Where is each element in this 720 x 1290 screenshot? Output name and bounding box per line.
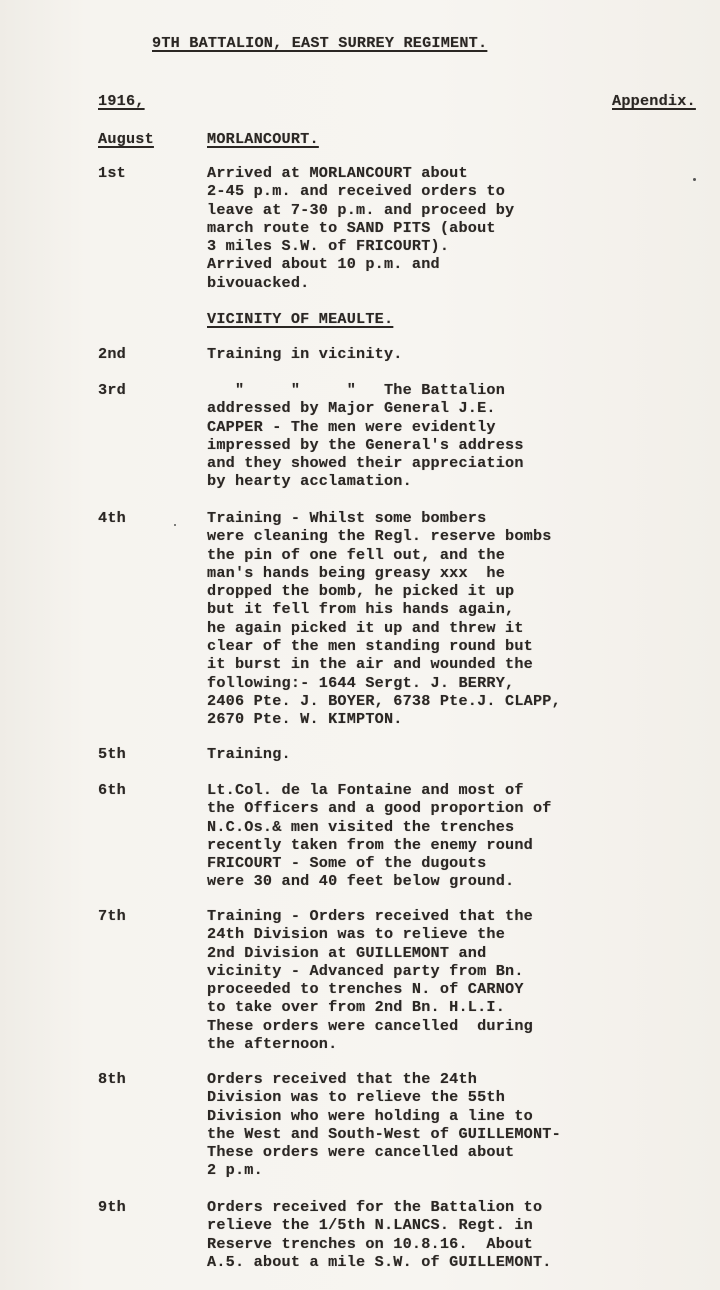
entry-day: 1st [98, 164, 178, 182]
entry-text: Training in vicinity. [207, 345, 667, 363]
paper-speck [174, 524, 176, 526]
entry-text: Arrived at MORLANCOURT about2-45 p.m. an… [207, 164, 667, 292]
document-page: 9TH BATTALION, EAST SURREY REGIMENT. 191… [0, 0, 720, 1290]
entry-day: 4th [98, 509, 178, 527]
entry-day: 2nd [98, 345, 178, 363]
entry-text: Orders received for the Battalion toreli… [207, 1198, 667, 1271]
appendix-label: Appendix. [612, 92, 696, 110]
entry-text: Orders received that the 24thDivision wa… [207, 1070, 667, 1180]
location-heading-meaulte: VICINITY OF MEAULTE. [207, 310, 393, 328]
paper-speck [693, 178, 696, 181]
entry-day: 3rd [98, 381, 178, 399]
entry-text: Training - Orders received that the24th … [207, 907, 667, 1053]
entry-day: 6th [98, 781, 178, 799]
location-heading-morlancourt: MORLANCOURT. [207, 130, 319, 148]
entry-text: Lt.Col. de la Fontaine and most ofthe Of… [207, 781, 667, 891]
entry-text: " " " The Battalionaddressed by Major Ge… [207, 381, 667, 491]
year-heading: 1916, [98, 92, 145, 110]
document-title: 9TH BATTALION, EAST SURREY REGIMENT. [152, 34, 487, 52]
entry-text: Training - Whilst some bomberswere clean… [207, 509, 667, 729]
entry-day: 7th [98, 907, 178, 925]
month-heading: August [98, 130, 154, 148]
entry-day: 5th [98, 745, 178, 763]
entry-day: 9th [98, 1198, 178, 1216]
entry-text: Training. [207, 745, 667, 763]
entry-day: 8th [98, 1070, 178, 1088]
